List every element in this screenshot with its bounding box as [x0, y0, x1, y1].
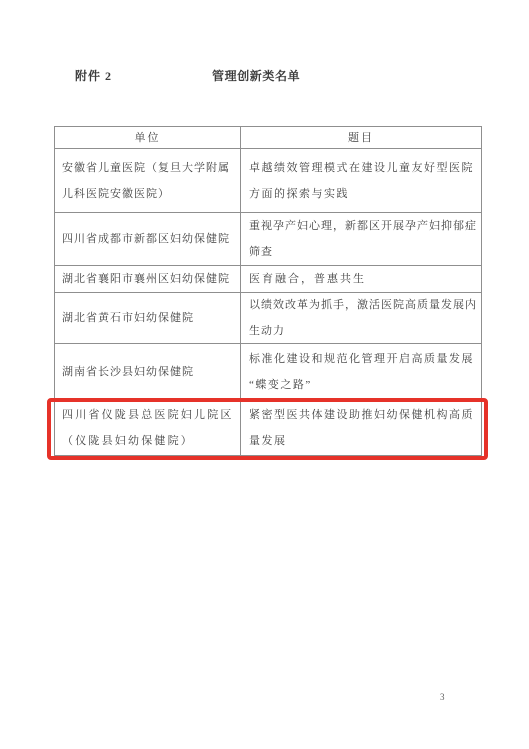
unit-cell: 湖南省长沙县妇幼保健院 — [55, 344, 241, 400]
attachment-label: 附件 2 — [75, 67, 112, 84]
topic-cell: 卓越绩效管理模式在建设儿童友好型医院 方面的探索与实践 — [241, 149, 481, 212]
unit-cell: 湖北省黄石市妇幼保健院 — [55, 293, 241, 343]
table-row: 安徽省儿童医院（复旦大学附属 儿科医院安徽医院） 卓越绩效管理模式在建设儿童友好… — [55, 149, 481, 213]
table-row: 湖北省黄石市妇幼保健院 以绩效改革为抓手，激活医院高质量发展内 生动力 — [55, 293, 481, 344]
unit-cell: 湖北省襄阳市襄州区妇幼保健院 — [55, 266, 241, 292]
unit-cell: 安徽省儿童医院（复旦大学附属 儿科医院安徽医院） — [55, 149, 241, 212]
topic-cell: 紧密型医共体建设助推妇幼保健机构高质 量发展 — [241, 401, 481, 455]
unit-cell: 四川省成都市新都区妇幼保健院 — [55, 213, 241, 265]
topic-cell: 重视孕产妇心理，新都区开展孕产妇抑郁症 筛查 — [241, 213, 481, 265]
table-header-row: 单位 题目 — [55, 127, 481, 149]
page-number: 3 — [440, 692, 445, 702]
unit-cell: 四川省仪陇县总医院妇儿院区 （仪陇县妇幼保健院） — [55, 401, 241, 455]
topic-cell: 以绩效改革为抓手，激活医院高质量发展内 生动力 — [241, 293, 481, 343]
column-header-unit: 单位 — [55, 127, 241, 148]
table-row: 四川省成都市新都区妇幼保健院 重视孕产妇心理，新都区开展孕产妇抑郁症 筛查 — [55, 213, 481, 266]
column-header-topic: 题目 — [241, 127, 481, 148]
document-page: 附件 2 管理创新类名单 单位 题目 安徽省儿童医院（复旦大学附属 儿科医院安徽… — [0, 0, 529, 749]
page-title: 管理创新类名单 — [212, 67, 300, 84]
topic-cell: 医育融合，普惠共生 — [241, 266, 481, 292]
topic-cell: 标准化建设和规范化管理开启高质量发展 “蝶变之路” — [241, 344, 481, 400]
table-row: 湖北省襄阳市襄州区妇幼保健院 医育融合，普惠共生 — [55, 266, 481, 293]
table-row: 四川省仪陇县总医院妇儿院区 （仪陇县妇幼保健院） 紧密型医共体建设助推妇幼保健机… — [55, 401, 481, 455]
table-row: 湖南省长沙县妇幼保健院 标准化建设和规范化管理开启高质量发展 “蝶变之路” — [55, 344, 481, 401]
award-table: 单位 题目 安徽省儿童医院（复旦大学附属 儿科医院安徽医院） 卓越绩效管理模式在… — [54, 126, 482, 456]
